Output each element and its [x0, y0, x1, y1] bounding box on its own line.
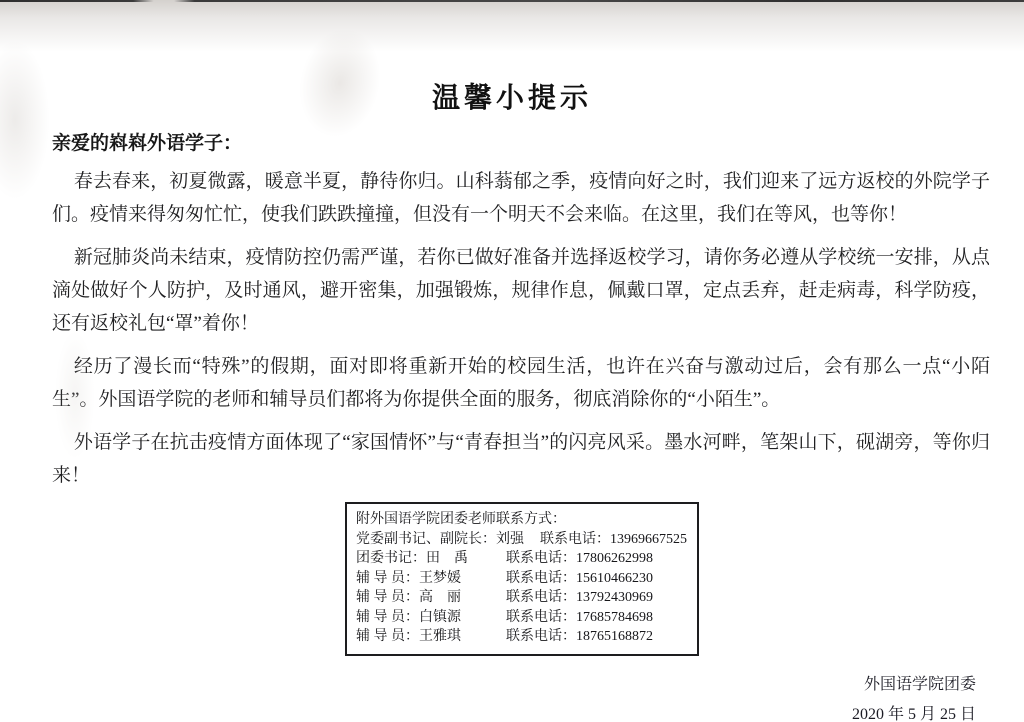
body-text: 春去春来，初夏微露，暖意半夏，静待你归。山科蓊郁之季，疫情向好之时，我们迎来了远… [52, 165, 990, 492]
contact-role-name: 辅 导 员：白镇源 [356, 608, 506, 628]
contact-row: 辅 导 员：高 丽 联系电话：13792430969 [356, 588, 689, 608]
contact-row: 辅 导 员：白镇源 联系电话：17685784698 [356, 608, 689, 628]
contact-phone-label: 联系电话： [506, 571, 576, 586]
page-title: 温馨小提示 [0, 82, 1024, 114]
contact-phone: 联系电话：18765168872 [506, 627, 653, 647]
contact-phone-number: 17806262998 [576, 551, 653, 566]
contact-phone-number: 15610466230 [576, 571, 653, 586]
body-paragraph-3: 经历了漫长而“特殊”的假期，面对即将重新开始的校园生活，也许在兴奋与激动过后，会… [52, 350, 990, 416]
contact-phone-label: 联系电话： [506, 629, 576, 644]
contact-role-name: 团委书记：田 禹 [356, 549, 506, 569]
contact-phone-number: 17685784698 [576, 610, 653, 625]
contact-phone: 联系电话：13969667525 [540, 530, 687, 550]
salutation: 亲爱的嵙嵙外语学子： [52, 129, 990, 159]
contact-phone: 联系电话：17806262998 [506, 549, 653, 569]
body-paragraph-4: 外语学子在抗击疫情方面体现了“家国情怀”与“青春担当”的闪亮风采。墨水河畔，笔架… [52, 426, 990, 492]
contact-role-name: 辅 导 员：王梦媛 [356, 569, 506, 589]
contact-row: 辅 导 员：王雅琪 联系电话：18765168872 [356, 627, 689, 647]
contact-box-heading-row: 附外国语学院团委老师联系方式： [356, 510, 689, 530]
contact-role-name: 辅 导 员：王雅琪 [356, 627, 506, 647]
contact-phone-number: 18765168872 [576, 629, 653, 644]
contact-phone-number: 13792430969 [576, 590, 653, 605]
scan-edge-line [0, 0, 1024, 2]
contact-phone: 联系电话：15610466230 [506, 569, 653, 589]
contact-box-heading: 附外国语学院团委老师联系方式： [356, 510, 566, 530]
scan-smudge [0, 40, 50, 200]
contact-role-name: 党委副书记、副院长：刘强 [356, 530, 540, 550]
contact-phone-number: 13969667525 [610, 532, 687, 547]
contact-phone-label: 联系电话： [506, 610, 576, 625]
contact-phone: 联系电话：17685784698 [506, 608, 653, 628]
contact-phone-label: 联系电话： [540, 532, 610, 547]
contact-box: 附外国语学院团委老师联系方式： 党委副书记、副院长：刘强 联系电话：139696… [345, 502, 699, 656]
contact-phone-label: 联系电话： [506, 551, 576, 566]
contact-role-name: 辅 导 员：高 丽 [356, 588, 506, 608]
body-paragraph-2: 新冠肺炎尚未结束，疫情防控仍需严谨，若你已做好准备并选择返校学习，请你务必遵从学… [52, 241, 990, 340]
contact-row: 团委书记：田 禹 联系电话：17806262998 [356, 549, 689, 569]
scan-shadow-band [0, 0, 1024, 52]
contact-phone: 联系电话：13792430969 [506, 588, 653, 608]
contact-row: 党委副书记、副院长：刘强 联系电话：13969667525 [356, 530, 689, 550]
contact-row: 辅 导 员：王梦媛 联系电话：15610466230 [356, 569, 689, 589]
signature-date: 2020 年 5 月 25 日 [0, 700, 976, 722]
contact-phone-label: 联系电话： [506, 590, 576, 605]
body-paragraph-1: 春去春来，初夏微露，暖意半夏，静待你归。山科蓊郁之季，疫情向好之时，我们迎来了远… [52, 165, 990, 231]
signature-org: 外国语学院团委 [0, 670, 976, 700]
scanned-notice-page: 温馨小提示 亲爱的嵙嵙外语学子： 春去春来，初夏微露，暖意半夏，静待你归。山科蓊… [0, 0, 1024, 722]
signature-block: 外国语学院团委 2020 年 5 月 25 日 [0, 670, 976, 722]
scan-smudge [55, 330, 95, 460]
